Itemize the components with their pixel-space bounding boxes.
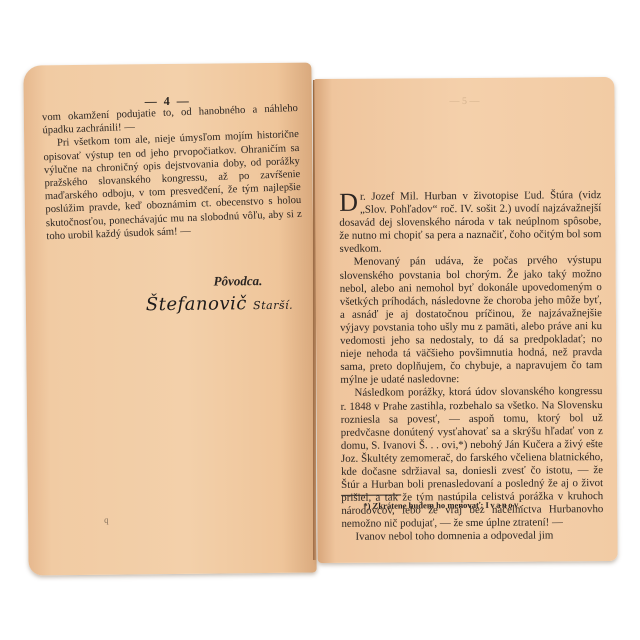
- footnote-text: *) Zkrátene budem ho menovať:: [363, 500, 483, 511]
- left-page-text: vom okamžení podujatie to, od hanobného …: [42, 102, 303, 243]
- paragraph-text: r. Jozef Mil. Hurban v životopise Ľud. Š…: [339, 189, 601, 255]
- signature-block: Pôvodca. Štefanovič Starší.: [144, 272, 314, 315]
- footnote-name: Ivanov.: [485, 500, 523, 510]
- right-page-text: Dr. Jozef Mil. Hurban v životopise Ľud. …: [339, 189, 603, 544]
- signature-name: Štefanovič: [146, 293, 247, 315]
- drop-cap: D: [339, 192, 358, 214]
- paragraph: Menovaný pán udáva, že počas prvého výst…: [340, 255, 603, 388]
- handwritten-signature: Štefanovič Starší.: [146, 292, 314, 315]
- right-page: — 5 — Dr. Jozef Mil. Hurban v životopise…: [314, 77, 617, 563]
- footnote: *) Zkrátene budem ho menovať: Ivanov.: [363, 500, 523, 511]
- open-book: — 4 — vom okamžení podujatie to, od hano…: [0, 0, 640, 640]
- faint-page-number: — 5 —: [314, 95, 614, 108]
- author-label: Pôvodca.: [214, 272, 314, 289]
- signature-suffix: Starší.: [253, 299, 293, 312]
- margin-mark: q: [104, 515, 109, 525]
- paragraph: Pri všetkom tom ale, nieje úmysľom mojím…: [43, 128, 303, 243]
- paragraph: Ivanov nebol toho domnenia a odpovedal j…: [341, 529, 603, 544]
- left-page: — 4 — vom okamžení podujatie to, od hano…: [23, 63, 316, 576]
- paragraph: Dr. Jozef Mil. Hurban v životopise Ľud. …: [339, 189, 601, 256]
